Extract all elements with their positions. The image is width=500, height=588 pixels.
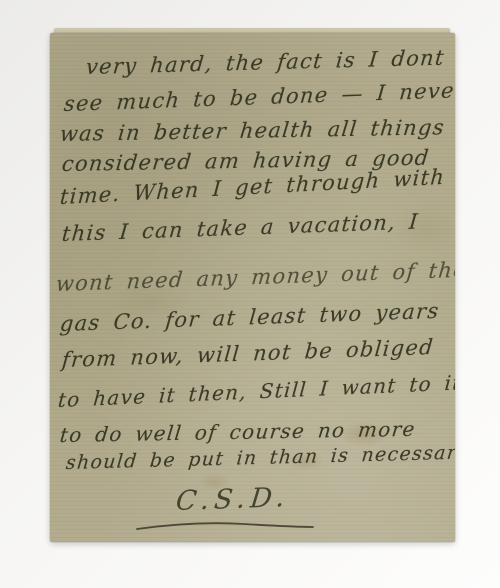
- handwritten-line: from now, will not be obliged: [61, 335, 435, 372]
- handwritten-line: to have it then, Still I want to it: [57, 370, 455, 412]
- signature: C.S.D.: [174, 482, 291, 517]
- photo-background: very hard, the fact is I dont see much t…: [0, 0, 500, 588]
- handwritten-line: was in better health all things: [59, 115, 446, 146]
- handwritten-line: should be put in than is necessary.: [65, 441, 455, 474]
- signature-flourish-icon: [134, 519, 316, 533]
- handwritten-line: wont need any money out of the: [55, 258, 455, 296]
- handwritten-line: very hard, the fact is I dont: [85, 46, 446, 79]
- letter-paper: very hard, the fact is I dont see much t…: [50, 33, 455, 542]
- handwritten-line: see much to be done — I never: [63, 78, 455, 116]
- handwritten-line: this I can take a vacation, I: [61, 210, 420, 247]
